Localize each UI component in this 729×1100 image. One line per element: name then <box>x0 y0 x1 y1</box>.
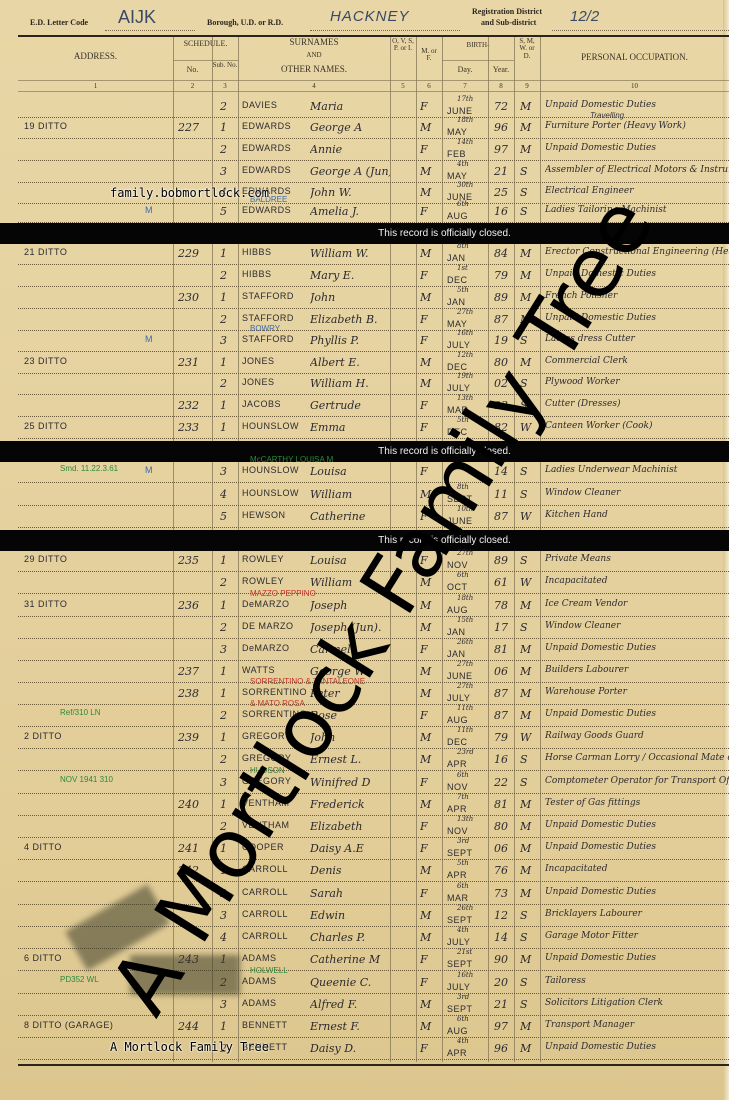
cell-status: M <box>520 820 538 833</box>
cell-year: 84 <box>494 247 514 260</box>
cell-forename: Denis <box>310 864 390 877</box>
cell-forename: Charles P. <box>310 931 390 944</box>
cell-occupation: Unpaid Domestic Duties <box>545 1042 729 1052</box>
cell-surname: SORRENTINO <box>242 687 312 697</box>
table-row: 23 DITTO2311JONESAlbert E.MDEC12th80MCom… <box>0 353 729 374</box>
cell-forename: Ernest L. <box>310 753 390 766</box>
cell-sched: 229 <box>178 247 210 260</box>
cell-occupation: Erector Constructional Engineering (Heav… <box>545 247 729 257</box>
cell-sub: 4 <box>220 931 236 944</box>
cell-year: 19 <box>494 334 514 347</box>
cell-surname: EDWARDS <box>242 205 312 215</box>
cell-sub: 1 <box>220 291 236 304</box>
cell-surname: JONES <box>242 356 312 366</box>
ed-letter-code-label: E.D. Letter Code <box>30 18 88 27</box>
table-row: 25 DITTO2331HOUNSLOWEmmaFDEC5th82WCantee… <box>0 418 729 439</box>
cell-day-ordinal: 16th <box>457 971 473 979</box>
cell-month: APR <box>447 759 487 769</box>
cell-month: JAN <box>447 253 487 263</box>
table-row: 2ADAMSQueenie C.FJULY16th20STailoressHOL… <box>0 973 729 994</box>
table-row: 2381SORRENTINOPeterMJULY27th87MWarehouse… <box>0 684 729 705</box>
cell-sex: F <box>420 334 440 347</box>
cell-month: SEPT <box>447 1004 487 1014</box>
cell-surname: COOPER <box>242 842 312 852</box>
cell-forename: Queenie C. <box>310 976 390 989</box>
cell-sex: M <box>420 291 440 304</box>
cell-status: M <box>520 100 538 113</box>
cell-year: 21 <box>494 998 514 1011</box>
cell-status: M <box>520 643 538 656</box>
cell-forename: Amelia J. <box>310 205 390 218</box>
cell-forename: Catherine M <box>310 953 390 966</box>
closed-record-bar: This record is officially closed. <box>0 530 729 551</box>
cell-status: M <box>520 798 538 811</box>
cell-surname: CARROLL <box>242 864 312 874</box>
cell-surname: DeMARZO <box>242 599 312 609</box>
cell-month: MAY <box>447 319 487 329</box>
cell-sub: 2 <box>220 313 236 326</box>
cell-forename: Joseph (Jun). <box>310 621 390 634</box>
cell-sched: 235 <box>178 554 210 567</box>
cell-month: JUNE <box>447 671 487 681</box>
cell-status: M <box>520 291 538 304</box>
cell-month: APR <box>447 870 487 880</box>
table-row: 4HOUNSLOWWilliamMSEPT8th11SWindow Cleane… <box>0 485 729 506</box>
cell-forename: Annie <box>310 143 390 156</box>
cell-sex: M <box>420 864 440 877</box>
cell-sex: F <box>420 399 440 412</box>
cell-day-ordinal: 27th <box>457 308 473 316</box>
cell-sex: F <box>420 143 440 156</box>
cell-forename: Phyllis P. <box>310 334 390 347</box>
cell-occupation: Unpaid Domestic Duties <box>545 887 729 897</box>
cell-status: S <box>520 334 538 347</box>
cell-forename: Maria <box>310 100 390 113</box>
cell-year: 14 <box>494 931 514 944</box>
table-row: 2301STAFFORDJohnMJAN5th89MFrench Polishe… <box>0 288 729 309</box>
cell-month: OCT <box>447 582 487 592</box>
cell-sub: 1 <box>220 399 236 412</box>
cell-occupation: Comptometer Operator for Transport Offic… <box>545 776 729 786</box>
cell-sex: M <box>420 599 440 612</box>
cell-month: NOV <box>447 826 487 836</box>
cell-status: S <box>520 186 538 199</box>
cell-status: W <box>520 576 538 589</box>
cell-sex: F <box>420 976 440 989</box>
cell-status: M <box>520 864 538 877</box>
cell-forename: Catherine <box>310 510 390 523</box>
cell-forename: Winifred D <box>310 776 390 789</box>
cell-day-ordinal: 6th <box>457 571 469 579</box>
cell-sex: F <box>420 1042 440 1055</box>
borough-value: HACKNEY <box>330 8 410 25</box>
annotation-note: McCARTHY LOUISA M <box>250 455 333 464</box>
cell-sched: 241 <box>178 842 210 855</box>
cell-status: W <box>520 731 538 744</box>
cell-status: M <box>520 1020 538 1033</box>
cell-sched: 236 <box>178 599 210 612</box>
cell-sched: 239 <box>178 731 210 744</box>
cell-forename: Emma <box>310 421 390 434</box>
cell-sub: 1 <box>220 665 236 678</box>
cell-forename: John W. <box>310 186 390 199</box>
cell-sub: 1 <box>220 421 236 434</box>
cell-occupation: Transport Manager <box>545 1020 729 1030</box>
col-year: Year. <box>488 66 514 74</box>
cell-surname: JACOBS <box>242 399 312 409</box>
cell-occupation: Tailoress <box>545 976 729 986</box>
cell-sex: M <box>420 687 440 700</box>
cell-day-ordinal: 8th <box>457 483 469 491</box>
cell-surname: ADAMS <box>242 998 312 1008</box>
cell-sched: 232 <box>178 399 210 412</box>
cell-day-ordinal: 17th <box>457 95 473 103</box>
cell-surname: HOUNSLOW <box>242 465 312 475</box>
cell-occupation: Unpaid Domestic Duties <box>545 820 729 830</box>
cell-occupation: Canteen Worker (Cook) <box>545 421 729 431</box>
cell-occupation: Garage Motor Fitter <box>545 931 729 941</box>
cell-forename: Louisa <box>310 554 390 567</box>
cell-month: JULY <box>447 383 487 393</box>
cell-sub: 1 <box>220 356 236 369</box>
cell-sub: 5 <box>220 205 236 218</box>
footer-rule <box>18 1064 729 1066</box>
cell-status: M <box>520 709 538 722</box>
cell-surname: GREGORY <box>242 731 312 741</box>
cell-occupation: Electrical Engineer <box>545 186 729 196</box>
cell-status: S <box>520 753 538 766</box>
cell-sub: 2 <box>220 269 236 282</box>
cell-month: SEPT <box>447 915 487 925</box>
cell-occupation: Assembler of Electrical Motors & Instrum… <box>545 165 729 175</box>
cell-sex: F <box>420 510 440 523</box>
district-label-1: Registration District <box>472 7 542 16</box>
cell-day-ordinal: 6th <box>457 771 469 779</box>
cell-sex: F <box>420 269 440 282</box>
cell-sub: 2 <box>220 753 236 766</box>
cell-sex: F <box>420 100 440 113</box>
cell-status: M <box>520 665 538 678</box>
col-schedule-no: No. <box>173 66 212 74</box>
cell-sex: F <box>420 554 440 567</box>
annotation-note: MAZZO PEPPINO <box>250 589 316 598</box>
cell-forename: Daisy D. <box>310 1042 390 1055</box>
cell-day-ordinal: 27th <box>457 549 473 557</box>
col-sub-no: Sub. No. <box>212 62 238 69</box>
cell-status: M <box>520 953 538 966</box>
cell-sex: M <box>420 665 440 678</box>
cell-surname: DAVIES <box>242 100 312 110</box>
cell-day-ordinal: 27th <box>457 660 473 668</box>
cell-surname: GREGORY <box>242 753 312 763</box>
cell-sex: M <box>420 488 440 501</box>
cell-year: 82 <box>494 421 514 434</box>
cell-month: AUG <box>447 211 487 221</box>
cell-sub: 2 <box>220 709 236 722</box>
cell-forename: Sarah <box>310 887 390 900</box>
cell-forename: Peter <box>310 687 390 700</box>
register-header: E.D. Letter Code AIJK Borough, U.D. or R… <box>0 10 729 34</box>
cell-occupation: Incapacitated <box>545 576 729 586</box>
ed-letter-code-value: AIJK <box>118 7 156 28</box>
cell-status: S <box>520 165 538 178</box>
cell-sched: 242 <box>178 864 210 877</box>
table-row: 2HIBBSMary E.FDEC1st79MUnpaid Domestic D… <box>0 266 729 287</box>
cell-year: 81 <box>494 643 514 656</box>
cell-sub: 2 <box>220 887 236 900</box>
cell-forename: William H. <box>310 377 390 390</box>
cell-sub: 3 <box>220 334 236 347</box>
cell-sex: M <box>420 121 440 134</box>
col-sex: M. or F. <box>418 48 440 63</box>
table-row: 3EDWARDSGeorge A (Jun).MMAY4th21SAssembl… <box>0 162 729 183</box>
cell-month: AUG <box>447 1026 487 1036</box>
cell-occupation: Private Means <box>545 554 729 564</box>
district-label-2: and Sub-district <box>481 18 536 27</box>
cell-occupation: Ice Cream Vendor <box>545 599 729 609</box>
col-address: ADDRESS. <box>18 52 173 61</box>
cell-sex: M <box>420 186 440 199</box>
cell-occupation: Railway Goods Guard <box>545 731 729 741</box>
cell-month: SEPT <box>447 494 487 504</box>
cell-sex: F <box>420 776 440 789</box>
cell-sub: 1 <box>220 599 236 612</box>
cell-year: 02 <box>494 377 514 390</box>
cell-forename: Edwin <box>310 909 390 922</box>
table-row: 8 DITTO (GARAGE)2441BENNETTErnest F.MAUG… <box>0 1017 729 1038</box>
cell-sex: M <box>420 356 440 369</box>
cell-month: NOV <box>447 782 487 792</box>
table-row: 4 DITTO2411COOPERDaisy A.EFSEPT3rd06MUnp… <box>0 839 729 860</box>
cell-sub: 3 <box>220 465 236 478</box>
cell-sex: M <box>420 909 440 922</box>
cell-month: JAN <box>447 649 487 659</box>
table-row: 2321JACOBSGertrudeFMAR13th93SCutter (Dre… <box>0 396 729 417</box>
cell-status: M <box>520 121 538 134</box>
cell-surname: STAFFORD <box>242 313 312 323</box>
cell-surname: DE MARZO <box>242 621 312 631</box>
cell-occupation: Horse Carman Lorry / Occasional Mate on … <box>545 753 729 763</box>
cell-sub: 1 <box>220 842 236 855</box>
table-row: 3GREGORYWinifred DFNOV6th22SComptometer … <box>0 773 729 794</box>
cell-month: NOV <box>447 560 487 570</box>
cell-surname: CARROLL <box>242 931 312 941</box>
cell-sub: 5 <box>220 510 236 523</box>
cell-address: 29 DITTO <box>24 554 172 564</box>
cell-month: JUNE <box>447 516 487 526</box>
cell-year: 14 <box>494 465 514 478</box>
cell-sub: 2 <box>220 576 236 589</box>
cell-surname: HIBBS <box>242 247 312 257</box>
cell-forename: Mary E. <box>310 269 390 282</box>
cell-occupation: Solicitors Litigation Clerk <box>545 998 729 1008</box>
cell-status: M <box>520 247 538 260</box>
col-schedule: SCHEDULE. <box>173 40 238 48</box>
cell-day-ordinal: 4th <box>457 160 469 168</box>
cell-year: 80 <box>494 820 514 833</box>
cell-forename: George A (Jun). <box>310 165 390 178</box>
cell-occupation: Ladies dress Cutter <box>545 334 729 344</box>
cell-year: 97 <box>494 143 514 156</box>
cell-year: 93 <box>494 399 514 412</box>
cell-forename: William <box>310 488 390 501</box>
cell-sched: 237 <box>178 665 210 678</box>
cell-status: S <box>520 465 538 478</box>
cell-year: 17 <box>494 621 514 634</box>
cell-year: 16 <box>494 205 514 218</box>
cell-month: FEB <box>447 149 487 159</box>
cell-forename: Ernest F. <box>310 1020 390 1033</box>
cell-sched: 233 <box>178 421 210 434</box>
cell-day-ordinal: 3rd <box>457 837 469 845</box>
cell-surname: HOUNSLOW <box>242 421 312 431</box>
closed-record-bar: This record is officially closed. <box>0 441 729 462</box>
cell-address: 19 DITTO <box>24 121 172 131</box>
table-row: 2VENTHAMElizabethFNOV13th80MUnpaid Domes… <box>0 817 729 838</box>
cell-sub: 3 <box>220 643 236 656</box>
cell-month: MAR <box>447 405 487 415</box>
cell-sub: 1 <box>220 1020 236 1033</box>
cell-sub: 1 <box>220 798 236 811</box>
cell-sex: F <box>420 842 440 855</box>
cell-year: 89 <box>494 291 514 304</box>
cell-occupation: Bricklayers Labourer <box>545 909 729 919</box>
cell-sex: M <box>420 377 440 390</box>
cell-surname: EDWARDS <box>242 165 312 175</box>
cell-day-ordinal: 13th <box>457 394 473 402</box>
cell-status: S <box>520 621 538 634</box>
cell-status: W <box>520 510 538 523</box>
table-row: 5HEWSONCatherineFJUNE10th87WKitchen Hand <box>0 507 729 528</box>
table-row: 3DeMARZOCarmellFJAN26th81MUnpaid Domesti… <box>0 640 729 661</box>
closed-record-bar: This record is officially closed. <box>0 223 729 244</box>
closed-record-text: This record is officially closed. <box>378 535 511 546</box>
table-row: 3ADAMSAlfred F.MSEPT3rd21SSolicitors Lit… <box>0 995 729 1016</box>
cell-sex: M <box>420 798 440 811</box>
table-row: 29 DITTO2351ROWLEYLouisaFNOV27th89SPriva… <box>0 551 729 572</box>
cell-status: S <box>520 931 538 944</box>
cell-year: 11 <box>494 488 514 501</box>
cell-day-ordinal: 4th <box>457 1037 469 1045</box>
cell-sex: F <box>420 887 440 900</box>
cell-year: 87 <box>494 709 514 722</box>
cell-occupation: Warehouse Porter <box>545 687 729 697</box>
annotation-note: BOWRY <box>250 324 280 333</box>
cell-month: JAN <box>447 627 487 637</box>
cell-address: 21 DITTO <box>24 247 172 257</box>
cell-year: 22 <box>494 776 514 789</box>
cell-occupation: Kitchen Hand <box>545 510 729 520</box>
table-row: 2ROWLEYWilliamMOCT6th61WIncapacitated <box>0 573 729 594</box>
cell-month: SEPT <box>447 848 487 858</box>
cell-status: M <box>520 356 538 369</box>
cell-status: M <box>520 143 538 156</box>
annotation-margin-note: NOV 1941 310 <box>60 775 113 784</box>
tape-stain <box>130 955 240 995</box>
table-row: 2CARROLLSarahFMAR6th73MUnpaid Domestic D… <box>0 884 729 905</box>
cell-day-ordinal: 30th <box>457 181 473 189</box>
cell-day-ordinal: 11th <box>457 726 473 734</box>
cell-surname: JONES <box>242 377 312 387</box>
cell-sub: 2 <box>220 100 236 113</box>
cell-status: M <box>520 887 538 900</box>
cell-sex: F <box>420 709 440 722</box>
cell-day-ordinal: 14th <box>457 138 473 146</box>
cell-sex: M <box>420 931 440 944</box>
table-row: 19 DITTO2271EDWARDSGeorge AMMAY18th96MFu… <box>0 118 729 139</box>
cell-occupation: Commercial Clerk <box>545 356 729 366</box>
table-row: 2401VENTHAMFrederickMAPR7th81MTester of … <box>0 795 729 816</box>
cell-month: MAY <box>447 127 487 137</box>
cell-year: 12 <box>494 909 514 922</box>
cell-day-ordinal: 18th <box>457 116 473 124</box>
cell-surname: CARROLL <box>242 909 312 919</box>
header-rule <box>18 35 729 37</box>
cell-sex: F <box>420 643 440 656</box>
cell-occupation: Unpaid Domestic Duties <box>545 709 729 719</box>
cell-occupation: Window Cleaner <box>545 488 729 498</box>
cell-occupation: Cutter (Dresses) <box>545 399 729 409</box>
cell-occupation: Unpaid Domestic Duties <box>545 313 729 323</box>
cell-day-ordinal: 21st <box>457 948 472 956</box>
cell-status: S <box>520 205 538 218</box>
table-row: 2JONESWilliam H.MJULY19th02SPlywood Work… <box>0 374 729 395</box>
footer-watermark: A Mortlock Family Tree <box>110 1040 269 1054</box>
cell-surname: ROWLEY <box>242 554 312 564</box>
cell-year: 87 <box>494 313 514 326</box>
cell-year: 89 <box>494 554 514 567</box>
cell-status: S <box>520 488 538 501</box>
cell-year: 25 <box>494 186 514 199</box>
cell-month: JUNE <box>447 106 487 116</box>
cell-surname: BENNETT <box>242 1020 312 1030</box>
cell-sub: 3 <box>220 998 236 1011</box>
cell-year: 20 <box>494 976 514 989</box>
cell-surname: HOUNSLOW <box>242 488 312 498</box>
cell-surname: WATTS <box>242 665 312 675</box>
cell-sched: 244 <box>178 1020 210 1033</box>
cell-occupation: Ladies Underwear Machinist <box>545 465 729 475</box>
cell-status: S <box>520 554 538 567</box>
cell-occupation: Unpaid Domestic Duties <box>545 842 729 852</box>
cell-status: M <box>520 313 538 326</box>
annotation-note: HOLWELL <box>250 966 288 975</box>
annotation-note: SORRENTINO & TANTALEONE <box>250 677 365 686</box>
cell-address: 31 DITTO <box>24 599 172 609</box>
cell-day-ordinal: 26th <box>457 904 473 912</box>
col-occupation: PERSONAL OCCUPATION. <box>540 53 729 62</box>
cell-sex: M <box>420 1020 440 1033</box>
cell-surname: ADAMS <box>242 953 312 963</box>
cell-surname: SORRENTINO <box>242 709 312 719</box>
cell-day-ordinal: 10th <box>457 505 473 513</box>
cell-forename: Rose <box>310 709 390 722</box>
cell-address: 23 DITTO <box>24 356 172 366</box>
annotation-margin-note: Smd. 11.22.3.61 <box>60 464 118 473</box>
cell-sex: M <box>420 576 440 589</box>
district-value: 12/2 <box>570 8 599 25</box>
cell-status: M <box>520 1042 538 1055</box>
cell-month: DEC <box>447 737 487 747</box>
url-watermark: family.bobmortlock.com <box>110 186 269 200</box>
cell-occupation: Window Cleaner <box>545 621 729 631</box>
cell-address: 8 DITTO (GARAGE) <box>24 1020 172 1030</box>
cell-sub: 3 <box>220 776 236 789</box>
table-row: M5EDWARDSAmelia J.FAUG6th16SLadies Tailo… <box>0 202 729 223</box>
cell-sched: 238 <box>178 687 210 700</box>
annotation-margin-note: Ref/310 LN <box>60 708 100 717</box>
cell-surname: VENTHAM <box>242 820 312 830</box>
